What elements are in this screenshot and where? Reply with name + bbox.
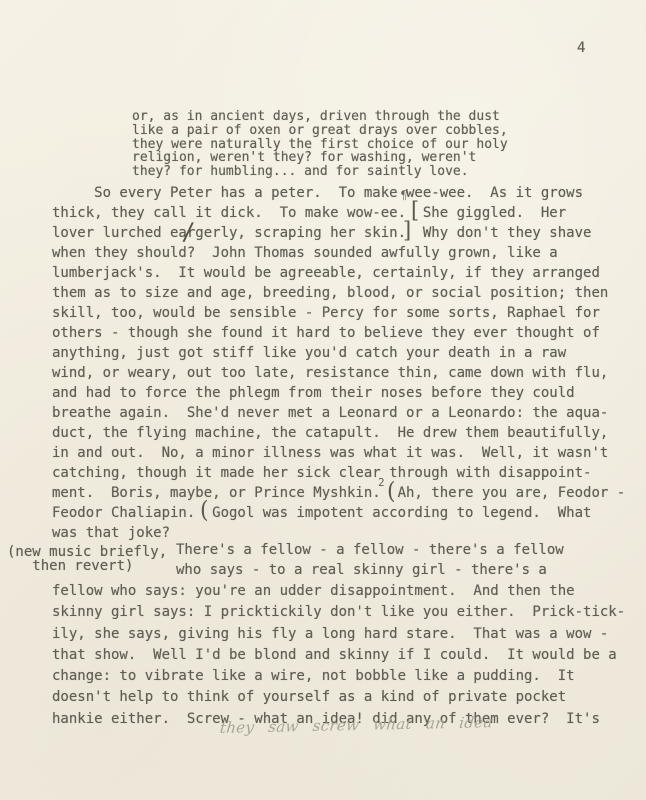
paragraph-2: fellow who says: you're an udder disappo… <box>52 581 625 730</box>
typed-line: skinny girl says: I pricktickily don't l… <box>52 602 625 623</box>
typed-line: in and out. No, a minor illness was what… <box>52 443 625 463</box>
typed-line: change: to vibrate like a wire, not bobb… <box>52 666 625 687</box>
insert-bracket-close: ] <box>403 219 411 242</box>
typed-line: There's a fellow - a fellow - there's a … <box>176 541 564 561</box>
paragraph-1: So every Peter has a peter. To make wee-… <box>52 183 625 543</box>
typed-line: ily, she says, giving his fly a long har… <box>52 624 625 645</box>
typed-line: and had to force the phlegm from their n… <box>52 383 625 403</box>
typed-line: lumberjack's. It would be agreeable, cer… <box>52 263 625 283</box>
dialogue-lines: There's a fellow - a fellow - there's a … <box>176 541 564 580</box>
blockquote: or, as in ancient days, driven through t… <box>132 110 508 179</box>
typed-line: anything, just got stiff like you'd catc… <box>52 343 625 363</box>
typed-line: who says - to a real skinny girl - there… <box>176 561 564 581</box>
typed-line: duct, the flying machine, the catapult. … <box>52 423 625 443</box>
typed-line: others - though she found it hard to bel… <box>52 323 625 343</box>
typed-line: thick, they call it dick. To make wow-ee… <box>52 203 625 223</box>
typed-line: breathe again. She'd never met a Leonard… <box>52 403 625 423</box>
typed-line: lover lurched eargerly, scraping her ski… <box>52 223 625 243</box>
typed-line: Feodor Chaliapin. Gogol was impotent acc… <box>52 503 625 523</box>
typed-line: catching, though it made her sick clear … <box>52 463 625 483</box>
typed-line: skill, too, would be sensible - Percy fo… <box>52 303 625 323</box>
typed-line: was that joke? <box>52 523 625 543</box>
typed-line: religion, weren't they? for washing, wer… <box>132 151 508 165</box>
insert-paren-gogol: ( <box>200 499 209 522</box>
typed-line: like a pair of oxen or great drays over … <box>132 124 508 138</box>
pilcrow-mark: ¶ <box>399 189 408 201</box>
typed-line: doesn't help to think of yourself as a k… <box>52 687 625 708</box>
typed-line: they were naturally the first choice of … <box>132 138 508 152</box>
manuscript-page: 4 or, as in ancient days, driven through… <box>0 0 646 800</box>
stage-direction: (new music briefly, then revert) <box>7 546 167 574</box>
superscript-2: 2 <box>378 477 385 488</box>
typed-line: fellow who says: you're an udder disappo… <box>52 581 625 602</box>
typed-line: when they should? John Thomas sounded aw… <box>52 243 625 263</box>
typed-line: then revert) <box>7 560 167 574</box>
typed-line: them as to size and age, breeding, blood… <box>52 283 625 303</box>
typed-line: or, as in ancient days, driven through t… <box>132 110 508 124</box>
typed-line: they? for humbling... and for saintly lo… <box>132 165 508 179</box>
insert-bracket-open: [ <box>411 199 419 222</box>
page-number: 4 <box>577 40 585 56</box>
insert-paren-ah: ( <box>387 480 396 503</box>
typed-line: ment. Boris, maybe, or Prince Myshkin. A… <box>52 483 625 503</box>
typed-line: that show. Well I'd be blond and skinny … <box>52 645 625 666</box>
typed-line: wind, or weary, out too late, resistance… <box>52 363 625 383</box>
typed-line: So every Peter has a peter. To make wee-… <box>52 183 625 203</box>
